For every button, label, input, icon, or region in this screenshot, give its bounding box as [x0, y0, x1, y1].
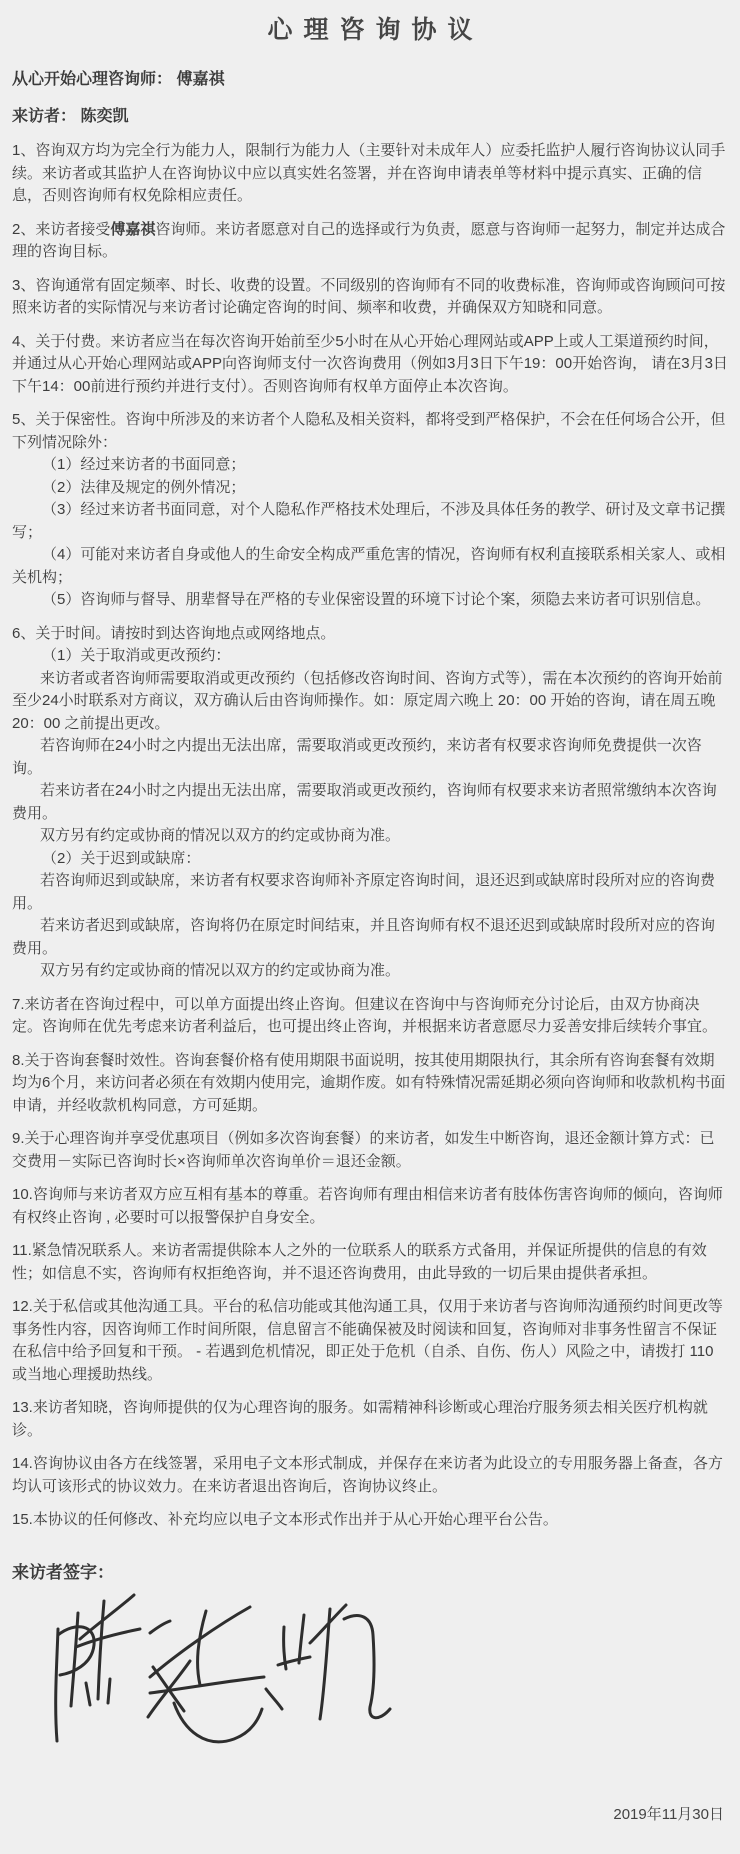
- signature-stroke: [278, 1657, 310, 1665]
- agreement-date: 2019年11月30日: [12, 1803, 728, 1824]
- clause-text: 若咨询师迟到或缺席，来访者有权要求咨询师补齐原定咨询时间，退还迟到或缺席时段所对…: [12, 872, 715, 912]
- agreement-document: 心理咨询协议 从心开始心理咨询师： 傅嘉祺 来访者： 陈奕凯 1、咨询双方均为完…: [0, 0, 740, 1854]
- visitor-label: 来访者：: [12, 108, 76, 125]
- clause: 9.关于心理咨询并享受优惠项目（例如多次咨询套餐）的来访者，如发生中断咨询，退还…: [12, 1128, 728, 1173]
- visitor-line: 来访者： 陈奕凯: [12, 103, 728, 126]
- clause-text: 9.关于心理咨询并享受优惠项目（例如多次咨询套餐）的来访者，如发生中断咨询，退还…: [12, 1130, 715, 1170]
- clause: （1）经过来访者的书面同意；: [12, 454, 728, 477]
- clause-text: （1）关于取消或更改预约：: [42, 647, 230, 664]
- clause: 1、咨询双方均为完全行为能力人，限制行为能力人（主要针对未成年人）应委托监护人履…: [12, 140, 728, 208]
- clause: 11.紧急情况联系人。来访者需提供除本人之外的一位联系人的联系方式备用，并保证所…: [12, 1240, 728, 1285]
- clause: 若来访者在24小时之内提出无法出席，需要取消或更改预约，咨询师有权要求来访者照常…: [12, 780, 728, 825]
- signature-stroke: [266, 1689, 282, 1709]
- clause: 12.关于私信或其他沟通工具。平台的私信功能或其他沟通工具，仅用于来访者与咨询师…: [12, 1296, 728, 1386]
- clause-text: （5）咨询师与督导、朋辈督导在严格的专业保密设置的环境下讨论个案，须隐去来访者可…: [42, 591, 710, 608]
- clause: （2）法律及规定的例外情况；: [12, 477, 728, 500]
- clause-text: 3、咨询通常有固定频率、时长、收费的设置。不同级别的咨询师有不同的收费标准，咨询…: [12, 277, 725, 317]
- clause: 14.咨询协议由各方在线签署，采用电子文本形式制成，并保存在来访者为此设立的专用…: [12, 1453, 728, 1498]
- counselor-label: 从心开始心理咨询师：: [12, 71, 172, 88]
- clause: 3、咨询通常有固定频率、时长、收费的设置。不同级别的咨询师有不同的收费标准，咨询…: [12, 275, 728, 320]
- signature-stroke: [56, 1629, 58, 1741]
- clause: 4、关于付费。来访者应当在每次咨询开始前至少5小时在从心开始心理网站或APP上或…: [12, 331, 728, 399]
- clause: （3）经过来访者书面同意，对个人隐私作严格技术处理后，不涉及具体任务的教学、研讨…: [12, 499, 728, 544]
- clause: 若来访者迟到或缺席，咨询将仍在原定时间结束，并且咨询师有权不退还迟到或缺席时段所…: [12, 915, 728, 960]
- signature-stroke: [299, 1615, 304, 1663]
- page-title: 心理咨询协议: [12, 10, 728, 46]
- clause: 15.本协议的任何修改、补充均应以电子文本形式作出并于从心开始心理平台公告。: [12, 1509, 728, 1532]
- clause-text: 8.关于咨询套餐时效性。咨询套餐价格有使用期限书面说明，按其使用期限执行，其余所…: [12, 1052, 725, 1114]
- signature-stroke: [86, 1683, 90, 1705]
- clause-text: 14.咨询协议由各方在线签署，采用电子文本形式制成，并保存在来访者为此设立的专用…: [12, 1455, 723, 1495]
- clause-text: 15.本协议的任何修改、补充均应以电子文本形式作出并于从心开始心理平台公告。: [12, 1511, 558, 1528]
- clause-text: （2）关于迟到或缺席：: [42, 850, 200, 867]
- counselor-line: 从心开始心理咨询师： 傅嘉祺: [12, 66, 728, 89]
- clause-text: 5、关于保密性。咨询中所涉及的来访者个人隐私及相关资料，都将受到严格保护，不会在…: [12, 411, 725, 451]
- signature-stroke: [150, 1621, 170, 1633]
- signature-stroke: [76, 1629, 140, 1647]
- clause-text: （2）法律及规定的例外情况；: [42, 479, 245, 496]
- signature-label: 来访者签字：: [12, 1558, 728, 1583]
- clause-text: 若来访者在24小时之内提出无法出席，需要取消或更改预约，咨询师有权要求来访者照常…: [12, 782, 717, 822]
- clause-text: 来访者或者咨询师需要取消或更改预约（包括修改咨询时间、咨询方式等），需在本次预约…: [12, 670, 723, 732]
- visitor-signature-drawing: [38, 1591, 398, 1789]
- clause: 双方另有约定或协商的情况以双方的约定或协商为准。: [12, 825, 728, 848]
- signature-stroke: [344, 1615, 390, 1717]
- clause-text: 12.关于私信或其他沟通工具。平台的私信功能或其他沟通工具，仅用于来访者与咨询师…: [12, 1298, 723, 1383]
- signature-stroke: [198, 1611, 206, 1685]
- clause-text: 11.紧急情况联系人。来访者需提供除本人之外的一位联系人的联系方式备用，并保证所…: [12, 1242, 707, 1282]
- clause: 双方另有约定或协商的情况以双方的约定或协商为准。: [12, 960, 728, 983]
- clause: 若咨询师在24小时之内提出无法出席，需要取消或更改预约，来访者有权要求咨询师免费…: [12, 735, 728, 780]
- clause-text: 13.来访者知晓，咨询师提供的仅为心理咨询的服务。如需精神科诊断或心理治疗服务须…: [12, 1399, 708, 1439]
- clause-text: 若来访者迟到或缺席，咨询将仍在原定时间结束，并且咨询师有权不退还迟到或缺席时段所…: [12, 917, 715, 957]
- clause-text: 1、咨询双方均为完全行为能力人，限制行为能力人（主要针对未成年人）应委托监护人履…: [12, 142, 725, 204]
- clause-text: 双方另有约定或协商的情况以双方的约定或协商为准。: [40, 827, 400, 844]
- signature-stroke: [174, 1703, 262, 1742]
- clause-bold-text: 傅嘉祺: [110, 221, 155, 238]
- clause: 2、来访者接受傅嘉祺咨询师。来访者愿意对自己的选择或行为负责，愿意与咨询师一起努…: [12, 219, 728, 264]
- clause: 若咨询师迟到或缺席，来访者有权要求咨询师补齐原定咨询时间，退还迟到或缺席时段所对…: [12, 870, 728, 915]
- clause: （2）关于迟到或缺席：: [12, 848, 728, 871]
- clause: 6、关于时间。请按时到达咨询地点或网络地点。: [12, 623, 728, 646]
- clause: （4）可能对来访者自身或他人的生命安全构成严重危害的情况，咨询师有权利直接联系相…: [12, 544, 728, 589]
- clause-text: 7.来访者在咨询过程中，可以单方面提出终止咨询。但建议在咨询中与咨询师充分讨论后…: [12, 996, 717, 1036]
- clause: （1）关于取消或更改预约：: [12, 645, 728, 668]
- clause-text: （4）可能对来访者自身或他人的生命安全构成严重危害的情况，咨询师有权利直接联系相…: [12, 546, 725, 586]
- visitor-name: 陈奕凯: [80, 108, 128, 125]
- clause-text: 6、关于时间。请按时到达咨询地点或网络地点。: [12, 625, 335, 642]
- clause-text: （1）经过来访者的书面同意；: [42, 456, 245, 473]
- clause-text: 4、关于付费。来访者应当在每次咨询开始前至少5小时在从心开始心理网站或APP上或…: [12, 333, 728, 395]
- clause: 来访者或者咨询师需要取消或更改预约（包括修改咨询时间、咨询方式等），需在本次预约…: [12, 668, 728, 736]
- clause-text: 10.咨询师与来访者双方应互相有基本的尊重。若咨询师有理由相信来访者有肢体伤害咨…: [12, 1186, 723, 1226]
- clause: 13.来访者知晓，咨询师提供的仅为心理咨询的服务。如需精神科诊断或心理治疗服务须…: [12, 1397, 728, 1442]
- clause-list: 1、咨询双方均为完全行为能力人，限制行为能力人（主要针对未成年人）应委托监护人履…: [12, 140, 728, 1532]
- counselor-name: 傅嘉祺: [176, 71, 224, 88]
- clause-text: 双方另有约定或协商的情况以双方的约定或协商为准。: [40, 962, 400, 979]
- signature-stroke: [108, 1679, 110, 1703]
- clause: 10.咨询师与来访者双方应互相有基本的尊重。若咨询师有理由相信来访者有肢体伤害咨…: [12, 1184, 728, 1229]
- clause-text: 2、来访者接受: [12, 221, 110, 238]
- clause: 8.关于咨询套餐时效性。咨询套餐价格有使用期限书面说明，按其使用期限执行，其余所…: [12, 1050, 728, 1118]
- clause: 5、关于保密性。咨询中所涉及的来访者个人隐私及相关资料，都将受到严格保护，不会在…: [12, 409, 728, 454]
- clause: 7.来访者在咨询过程中，可以单方面提出终止咨询。但建议在咨询中与咨询师充分讨论后…: [12, 994, 728, 1039]
- clause-text: （3）经过来访者书面同意，对个人隐私作严格技术处理后，不涉及具体任务的教学、研讨…: [12, 501, 725, 541]
- signature-stroke: [98, 1601, 104, 1699]
- clause: （5）咨询师与督导、朋辈督导在严格的专业保密设置的环境下讨论个案，须隐去来访者可…: [12, 589, 728, 612]
- clause-text: 若咨询师在24小时之内提出无法出席，需要取消或更改预约，来访者有权要求咨询师免费…: [12, 737, 702, 777]
